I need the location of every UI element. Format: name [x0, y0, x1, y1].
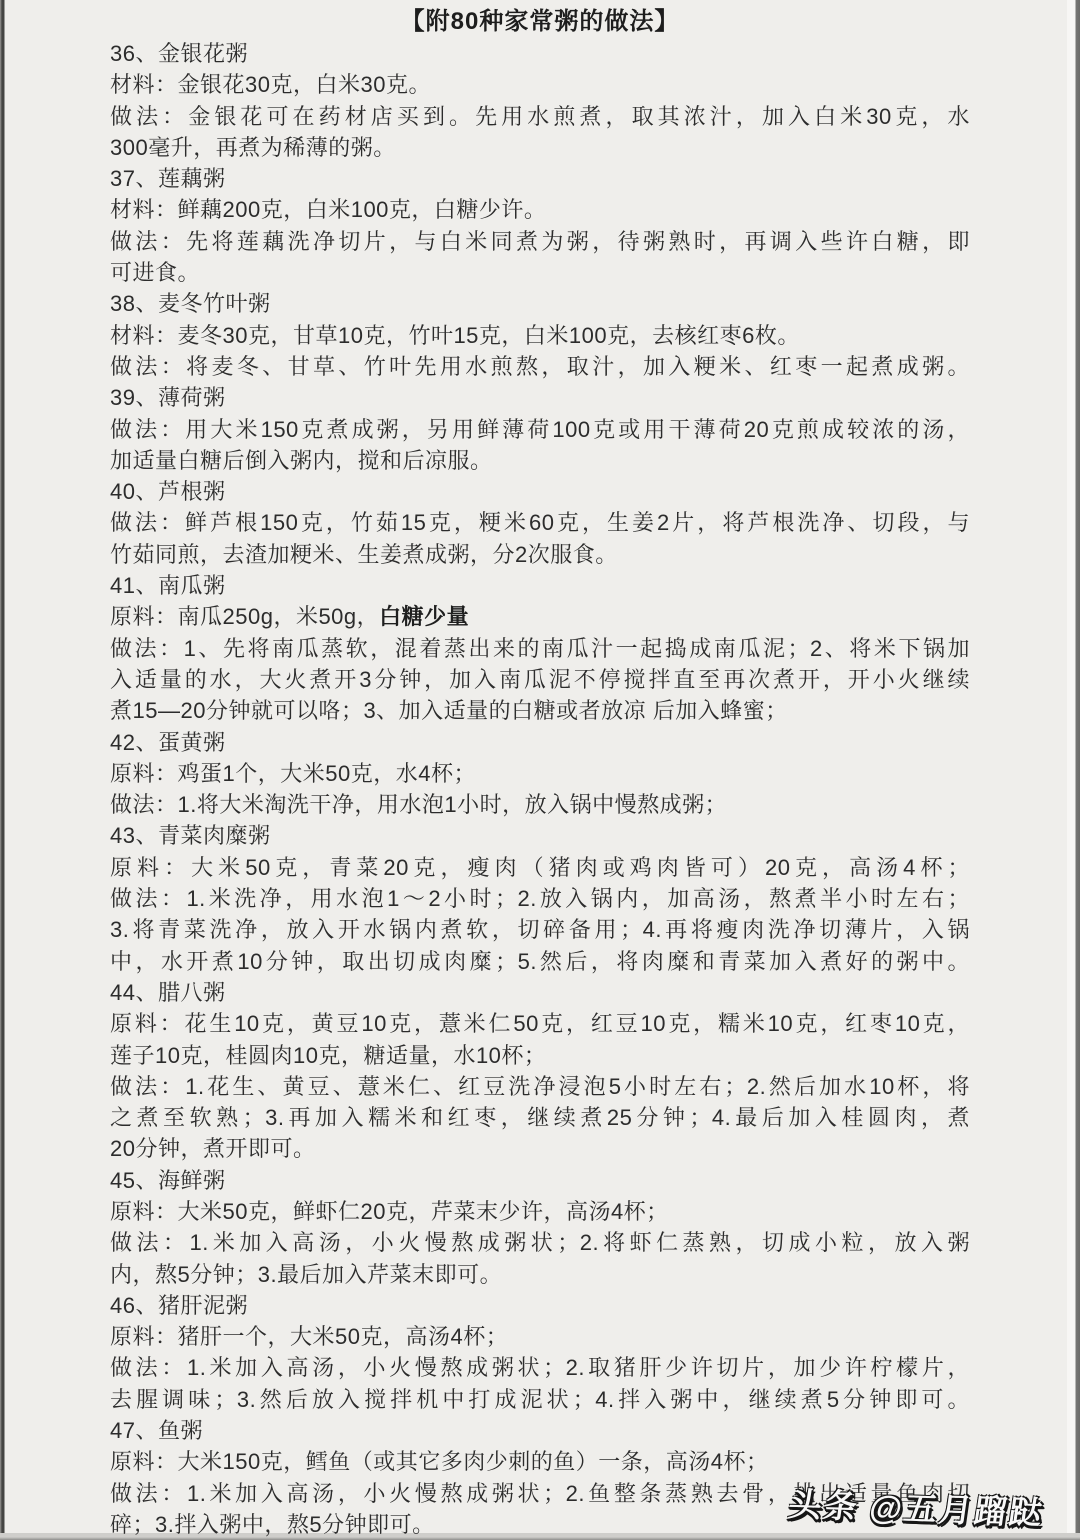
recipe-line: 原料：南瓜250g，米50g，白糖少量	[110, 601, 970, 632]
recipe-line-text: 300毫升，再煮为稀薄的粥。	[110, 135, 396, 160]
recipe-line: 内，熬5分钟；3.最后加入芹菜末即可。	[110, 1259, 970, 1290]
recipe-line: 做法：鲜芦根150克，竹茹15克，粳米60克，生姜2片，将芦根洗净、切段，与	[110, 507, 970, 538]
recipe-line-text: 20分钟，煮开即可。	[110, 1136, 315, 1161]
recipe-block: 37、莲藕粥材料：鲜藕200克，白米100克，白糖少许。做法：先将莲藕洗净切片，…	[110, 163, 970, 288]
recipe-line-text: 做法：1.花生、黄豆、薏米仁、红豆洗净浸泡5小时左右；2.然后加水10杯，将	[110, 1074, 970, 1099]
recipe-line: 莲子10克，桂圆肉10克，糖适量，水10杯；	[110, 1040, 970, 1071]
recipe-line: 原料：大米150克，鳕鱼（或其它多肉少刺的鱼）一条，高汤4杯；	[110, 1446, 970, 1477]
recipe-line: 中，水开煮10分钟，取出切成肉糜；5.然后，将肉糜和青菜加入煮好的粥中。	[110, 946, 970, 977]
recipe-line: 去腥调味；3.然后放入搅拌机中打成泥状；4.拌入粥中，继续煮5分钟即可。	[110, 1384, 970, 1415]
recipe-line-text: 材料：鲜藕200克，白米100克，白糖少许。	[110, 197, 546, 222]
recipe-line-text: 原料：大米50克，鲜虾仁20克，芹菜末少许，高汤4杯；	[110, 1199, 669, 1224]
recipe-line: 入适量的水，大火煮开3分钟，加入南瓜泥不停搅拌直至再次煮开，开小火继续	[110, 664, 970, 695]
recipe-line: 之煮至软熟；3.再加入糯米和红枣，继续煮25分钟；4.最后加入桂圆肉，煮	[110, 1102, 970, 1133]
recipe-line-text: 做法：1.将大米淘洗干净，用水泡1小时，放入锅中慢熬成粥；	[110, 792, 727, 817]
recipe-block: 43、青菜肉糜粥原料：大米50克，青菜20克，瘦肉（猪肉或鸡肉皆可）20克，高汤…	[110, 820, 970, 976]
recipe-line-text: 原料：南瓜250g，米50g，	[110, 604, 379, 629]
recipe-heading: 44、腊八粥	[110, 977, 970, 1008]
recipe-block: 44、腊八粥原料：花生10克，黄豆10克，薏米仁50克，红豆10克，糯米10克，…	[110, 977, 970, 1165]
recipe-heading: 37、莲藕粥	[110, 163, 970, 194]
recipe-heading: 41、南瓜粥	[110, 570, 970, 601]
recipe-block: 38、麦冬竹叶粥材料：麦冬30克，甘草10克，竹叶15克，白米100克，去核红枣…	[110, 288, 970, 382]
recipe-line-text: 煮15—20分钟就可以咯；3、加入适量的白糖或者放凉 后加入蜂蜜；	[110, 698, 788, 723]
recipe-line-text: 入适量的水，大火煮开3分钟，加入南瓜泥不停搅拌直至再次煮开，开小火继续	[110, 667, 970, 692]
recipe-line-text: 竹茹同煎，去渣加粳米、生姜煮成粥，分2次服食。	[110, 542, 618, 567]
recipe-heading: 36、金银花粥	[110, 38, 970, 69]
recipe-line-text: 3.将青菜洗净，放入开水锅内煮软，切碎备用；4.再将瘦肉洗净切薄片，入锅	[110, 917, 970, 942]
recipe-line-text: 材料：金银花30克，白米30克。	[110, 72, 431, 97]
recipe-line: 做法：用大米150克煮成粥，另用鲜薄荷100克或用干薄荷20克煎成较浓的汤，	[110, 414, 970, 445]
recipe-line-text: 原料：花生10克，黄豆10克，薏米仁50克，红豆10克，糯米10克，红枣10克，	[110, 1011, 970, 1036]
recipe-line-text: 可进食。	[110, 260, 200, 285]
recipe-line: 300毫升，再煮为稀薄的粥。	[110, 132, 970, 163]
recipe-line-text: 原料：鸡蛋1个，大米50克，水4杯；	[110, 761, 476, 786]
recipe-line-text: 原料：大米150克，鳕鱼（或其它多肉少刺的鱼）一条，高汤4杯；	[110, 1449, 768, 1474]
recipe-line-text: 之煮至软熟；3.再加入糯米和红枣，继续煮25分钟；4.最后加入桂圆肉，煮	[110, 1105, 970, 1130]
recipe-line-text: 莲子10克，桂圆肉10克，糖适量，水10杯；	[110, 1043, 546, 1068]
recipe-line-text: 内，熬5分钟；3.最后加入芹菜末即可。	[110, 1262, 502, 1287]
recipe-block: 46、猪肝泥粥原料：猪肝一个，大米50克，高汤4杯；做法：1.米加入高汤，小火慢…	[110, 1290, 970, 1415]
recipe-line-text: 做法：1、先将南瓜蒸软，混着蒸出来的南瓜汁一起捣成南瓜泥；2、将米下锅加	[110, 636, 970, 661]
recipe-line: 做法：1.米加入高汤，小火慢熬成粥状；2.取猪肝少许切片，加少许柠檬片，	[110, 1352, 970, 1383]
doc-body: 36、金银花粥材料：金银花30克，白米30克。做法：金银花可在药材店买到。先用水…	[110, 38, 970, 1540]
recipe-line: 做法：1.米加入高汤，小火慢熬成粥状；2.将虾仁蒸熟，切成小粒，放入粥	[110, 1227, 970, 1258]
recipe-line-text: 碎；3.拌入粥中，熬5分钟即可。	[110, 1512, 435, 1537]
recipe-line-text: 加适量白糖后倒入粥内，搅和后凉服。	[110, 448, 493, 473]
document-page: 【附80种家常粥的做法】 36、金银花粥材料：金银花30克，白米30克。做法：金…	[0, 0, 1080, 1540]
recipe-line-text: 做法：1.米洗净，用水泡1～2小时；2.放入锅内，加高汤，熬煮半小时左右；	[110, 886, 970, 911]
recipe-line-text: 中，水开煮10分钟，取出切成肉糜；5.然后，将肉糜和青菜加入煮好的粥中。	[110, 949, 970, 974]
recipe-line-text: 做法：用大米150克煮成粥，另用鲜薄荷100克或用干薄荷20克煎成较浓的汤，	[110, 417, 970, 442]
recipe-line-text: 材料：麦冬30克，甘草10克，竹叶15克，白米100克，去核红枣6枚。	[110, 323, 800, 348]
recipe-line: 做法：1、先将南瓜蒸软，混着蒸出来的南瓜汁一起捣成南瓜泥；2、将米下锅加	[110, 633, 970, 664]
recipe-line: 材料：鲜藕200克，白米100克，白糖少许。	[110, 194, 970, 225]
recipe-line: 原料：猪肝一个，大米50克，高汤4杯；	[110, 1321, 970, 1352]
recipe-line: 原料：大米50克，鲜虾仁20克，芹菜末少许，高汤4杯；	[110, 1196, 970, 1227]
recipe-heading: 45、海鲜粥	[110, 1165, 970, 1196]
recipe-block: 39、薄荷粥做法：用大米150克煮成粥，另用鲜薄荷100克或用干薄荷20克煎成较…	[110, 382, 970, 476]
recipe-line-text: 做法：金银花可在药材店买到。先用水煎煮，取其浓汁，加入白米30克，水	[110, 104, 970, 129]
recipe-line: 材料：金银花30克，白米30克。	[110, 69, 970, 100]
recipe-line-text: 做法：鲜芦根150克，竹茹15克，粳米60克，生姜2片，将芦根洗净、切段，与	[110, 510, 970, 535]
recipe-line-text: 做法：将麦冬、甘草、竹叶先用水煎熬，取汁，加入粳米、红枣一起煮成粥。	[110, 354, 970, 379]
recipe-line: 材料：麦冬30克，甘草10克，竹叶15克，白米100克，去核红枣6枚。	[110, 320, 970, 351]
recipe-line: 做法：1.将大米淘洗干净，用水泡1小时，放入锅中慢熬成粥；	[110, 789, 970, 820]
recipe-line: 做法：1.花生、黄豆、薏米仁、红豆洗净浸泡5小时左右；2.然后加水10杯，将	[110, 1071, 970, 1102]
recipe-block: 40、芦根粥做法：鲜芦根150克，竹茹15克，粳米60克，生姜2片，将芦根洗净、…	[110, 476, 970, 570]
recipe-line: 做法：1.米洗净，用水泡1～2小时；2.放入锅内，加高汤，熬煮半小时左右；	[110, 883, 970, 914]
doc-title: 【附80种家常粥的做法】	[110, 5, 970, 38]
recipe-block: 41、南瓜粥原料：南瓜250g，米50g，白糖少量做法：1、先将南瓜蒸软，混着蒸…	[110, 570, 970, 726]
recipe-block: 45、海鲜粥原料：大米50克，鲜虾仁20克，芹菜末少许，高汤4杯；做法：1.米加…	[110, 1165, 970, 1290]
recipe-line-bold-text: 白糖少量	[379, 604, 469, 629]
recipe-line: 20分钟，煮开即可。	[110, 1133, 970, 1164]
watermark: 头条 @五月蹓跶	[785, 1479, 1047, 1535]
recipe-heading: 46、猪肝泥粥	[110, 1290, 970, 1321]
recipe-line-text: 原料：大米50克，青菜20克，瘦肉（猪肉或鸡肉皆可）20克，高汤4杯；	[110, 855, 970, 880]
recipe-line: 原料：鸡蛋1个，大米50克，水4杯；	[110, 758, 970, 789]
recipe-line: 加适量白糖后倒入粥内，搅和后凉服。	[110, 445, 970, 476]
recipe-line: 3.将青菜洗净，放入开水锅内煮软，切碎备用；4.再将瘦肉洗净切薄片，入锅	[110, 914, 970, 945]
recipe-line: 原料：大米50克，青菜20克，瘦肉（猪肉或鸡肉皆可）20克，高汤4杯；	[110, 852, 970, 883]
recipe-block: 36、金银花粥材料：金银花30克，白米30克。做法：金银花可在药材店买到。先用水…	[110, 38, 970, 163]
recipe-line-text: 去腥调味；3.然后放入搅拌机中打成泥状；4.拌入粥中，继续煮5分钟即可。	[110, 1387, 970, 1412]
recipe-heading: 38、麦冬竹叶粥	[110, 288, 970, 319]
recipe-heading: 42、蛋黄粥	[110, 727, 970, 758]
recipe-heading: 39、薄荷粥	[110, 382, 970, 413]
recipe-line: 原料：花生10克，黄豆10克，薏米仁50克，红豆10克，糯米10克，红枣10克，	[110, 1008, 970, 1039]
recipe-line-text: 做法：1.米加入高汤，小火慢熬成粥状；2.将虾仁蒸熟，切成小粒，放入粥	[110, 1230, 970, 1255]
recipe-heading: 43、青菜肉糜粥	[110, 820, 970, 851]
recipe-line: 做法：先将莲藕洗净切片，与白米同煮为粥，待粥熟时，再调入些许白糖，即	[110, 226, 970, 257]
recipe-line-text: 做法：1.米加入高汤，小火慢熬成粥状；2.取猪肝少许切片，加少许柠檬片，	[110, 1355, 970, 1380]
recipe-line: 煮15—20分钟就可以咯；3、加入适量的白糖或者放凉 后加入蜂蜜；	[110, 695, 970, 726]
doc-content: 【附80种家常粥的做法】 36、金银花粥材料：金银花30克，白米30克。做法：金…	[0, 0, 1080, 1540]
recipe-line: 可进食。	[110, 257, 970, 288]
recipe-line-text: 原料：猪肝一个，大米50克，高汤4杯；	[110, 1324, 508, 1349]
recipe-line: 做法：将麦冬、甘草、竹叶先用水煎熬，取汁，加入粳米、红枣一起煮成粥。	[110, 351, 970, 382]
recipe-heading: 40、芦根粥	[110, 476, 970, 507]
recipe-heading: 47、鱼粥	[110, 1415, 970, 1446]
recipe-line: 竹茹同煎，去渣加粳米、生姜煮成粥，分2次服食。	[110, 539, 970, 570]
recipe-block: 42、蛋黄粥原料：鸡蛋1个，大米50克，水4杯；做法：1.将大米淘洗干净，用水泡…	[110, 727, 970, 821]
recipe-line-text: 做法：先将莲藕洗净切片，与白米同煮为粥，待粥熟时，再调入些许白糖，即	[110, 229, 970, 254]
recipe-line: 做法：金银花可在药材店买到。先用水煎煮，取其浓汁，加入白米30克，水	[110, 101, 970, 132]
